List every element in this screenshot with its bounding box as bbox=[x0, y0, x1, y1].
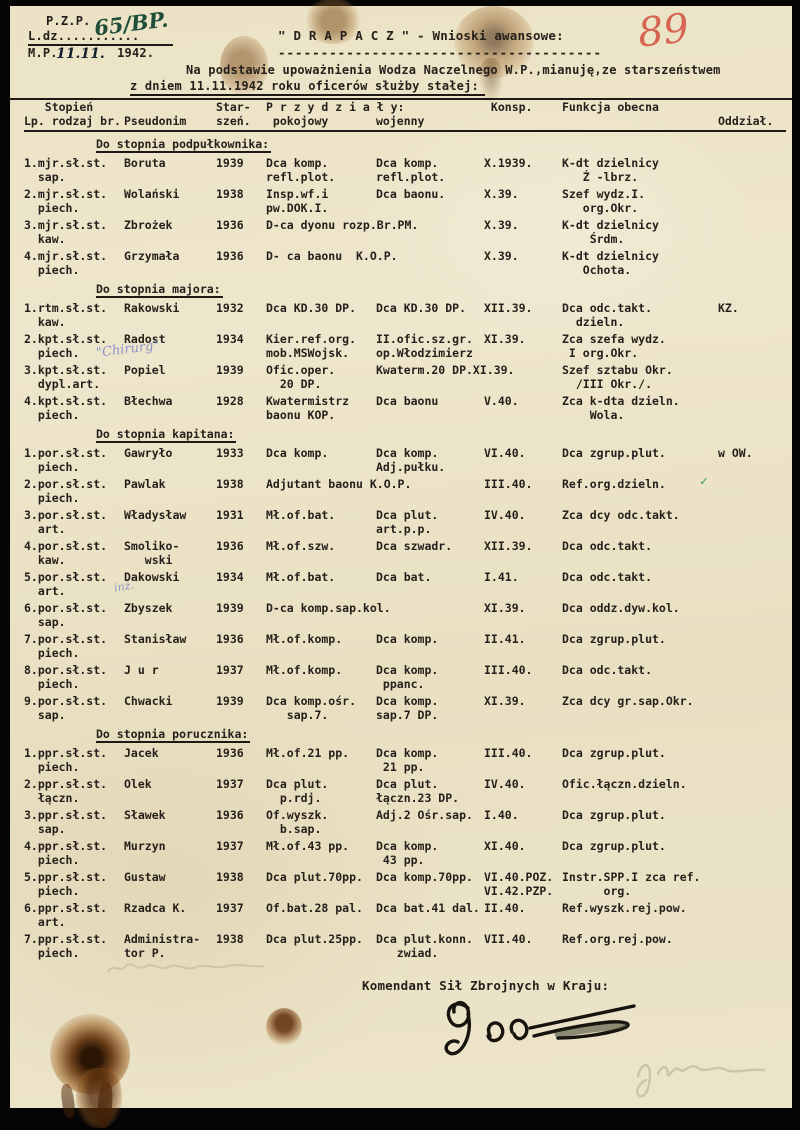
cell-assignment-peace: Mł.of.43 pp. bbox=[266, 839, 372, 867]
cell-assignment-peace: Mł.of.komp. bbox=[266, 632, 372, 660]
cell-rank: 4.por.sł.st. kaw. bbox=[24, 539, 120, 567]
cell-rank: 2.ppr.sł.st. łączn. bbox=[24, 777, 120, 805]
table-row: 2.ppr.sł.st. łączn. Olek 1937 Dca plut. … bbox=[24, 777, 786, 805]
cell-oddzial bbox=[718, 218, 786, 246]
cell-konsp-date: XII.39. bbox=[484, 301, 558, 329]
cell-rank: 2.mjr.sł.st. piech. bbox=[24, 187, 120, 215]
cell-seniority-year: 1932 bbox=[216, 301, 262, 329]
cell-seniority-year: 1937 bbox=[216, 901, 262, 929]
header-assignment-peace: P r z y d z i a ł y: pokojowy bbox=[266, 100, 372, 128]
cell-current-function: K-dt dzielnicy Ochota. bbox=[562, 249, 714, 277]
cell-assignment-war: Kwaterm.20 DP.XI.39. bbox=[376, 363, 480, 391]
cell-assignment-war: Dca komp. 21 pp. bbox=[376, 746, 480, 774]
table-section: Do stopnia podpułkownika: bbox=[24, 135, 786, 156]
cell-current-function: K-dt dzielnicy Ż -lbrz. bbox=[562, 156, 714, 184]
cell-seniority-year: 1936 bbox=[216, 632, 262, 660]
table-row: 1.ppr.sł.st. piech. Jacek 1936 Mł.of.21 … bbox=[24, 746, 786, 774]
table-row: 3.ppr.sł.st. sap. Sławek 1936 Of.wyszk. … bbox=[24, 808, 786, 836]
table-row: 5.por.sł.st. art. Dakowski 1934 Mł.of.ba… bbox=[24, 570, 786, 598]
cell-seniority-year: 1934 bbox=[216, 570, 262, 598]
cell-pseudonym: Zbyszek bbox=[124, 601, 212, 629]
cell-konsp-date: XI.39. bbox=[484, 601, 558, 629]
cell-seniority-year: 1937 bbox=[216, 777, 262, 805]
cell-seniority-year: 1934 bbox=[216, 332, 262, 360]
cell-pseudonym: Gustaw bbox=[124, 870, 212, 898]
cell-seniority-year: 1937 bbox=[216, 839, 262, 867]
cell-konsp-date: V.40. bbox=[484, 394, 558, 422]
cell-seniority-year: 1939 bbox=[216, 363, 262, 391]
section-heading: Do stopnia podpułkownika: bbox=[96, 137, 271, 153]
cell-assignment-war bbox=[376, 249, 480, 277]
cell-seniority-year: 1936 bbox=[216, 539, 262, 567]
cell-assignment-peace: Dca komp.ośr. sap.7. bbox=[266, 694, 372, 722]
table-row: 4.por.sł.st. kaw. Smoliko- wski 1936 Mł.… bbox=[24, 539, 786, 567]
cell-rank: 3.por.sł.st. art. bbox=[24, 508, 120, 536]
cell-pseudonym: Chwacki bbox=[124, 694, 212, 722]
cell-current-function: Dca zgrup.plut. bbox=[562, 839, 714, 867]
cell-assignment-war: Dca komp.70pp. bbox=[376, 870, 480, 898]
cell-pseudonym: Jacek bbox=[124, 746, 212, 774]
cell-oddzial bbox=[718, 187, 786, 215]
cell-seniority-year: 1928 bbox=[216, 394, 262, 422]
cell-oddzial bbox=[718, 477, 786, 505]
cell-oddzial bbox=[718, 394, 786, 422]
cell-pseudonym: Sławek bbox=[124, 808, 212, 836]
cell-rank: 3.mjr.sł.st. kaw. bbox=[24, 218, 120, 246]
table-header-row: Stopień Lp. rodzaj br. Pseudonim Star- s… bbox=[24, 100, 786, 132]
cell-pseudonym: Grzymała bbox=[124, 249, 212, 277]
cell-konsp-date: III.40. bbox=[484, 477, 558, 505]
cell-pseudonym: Rakowski bbox=[124, 301, 212, 329]
cell-oddzial bbox=[718, 746, 786, 774]
cell-current-function: Ref.org.dzieln. bbox=[562, 477, 714, 505]
cell-current-function: Dca zgrup.plut. bbox=[562, 632, 714, 660]
cell-assignment-peace: Of.wyszk. b.sap. bbox=[266, 808, 372, 836]
cell-konsp-date: II.40. bbox=[484, 901, 558, 929]
cell-konsp-date: IV.40. bbox=[484, 777, 558, 805]
cell-rank: 5.por.sł.st. art. bbox=[24, 570, 120, 598]
cell-current-function: Dca zgrup.plut. bbox=[562, 808, 714, 836]
cell-seniority-year: 1937 bbox=[216, 663, 262, 691]
cell-pseudonym: Gawryło bbox=[124, 446, 212, 474]
cell-current-function: Ref.org.rej.pow. bbox=[562, 932, 714, 960]
table-row: 7.por.sł.st. piech. Stanisław 1936 Mł.of… bbox=[24, 632, 786, 660]
cell-rank: 3.ppr.sł.st. sap. bbox=[24, 808, 120, 836]
table-row: 4.ppr.sł.st. piech. Murzyn 1937 Mł.of.43… bbox=[24, 839, 786, 867]
cell-konsp-date: II.41. bbox=[484, 632, 558, 660]
cell-oddzial bbox=[718, 870, 786, 898]
cell-oddzial bbox=[718, 332, 786, 360]
cell-rank: 2.por.sł.st. piech. bbox=[24, 477, 120, 505]
cell-rank: 6.por.sł.st. sap. bbox=[24, 601, 120, 629]
cell-assignment-peace: Of.bat.28 pal. bbox=[266, 901, 372, 929]
cell-pseudonym: Smoliko- wski bbox=[124, 539, 212, 567]
cell-seniority-year: 1939 bbox=[216, 694, 262, 722]
section-heading: Do stopnia porucznika: bbox=[96, 727, 250, 743]
cell-seniority-year: 1936 bbox=[216, 746, 262, 774]
cell-oddzial bbox=[718, 808, 786, 836]
table-row: 4.mjr.sł.st. piech. Grzymała 1936 D- ca … bbox=[24, 249, 786, 277]
cell-assignment-peace: D- ca baonu K.O.P. bbox=[266, 249, 372, 277]
cell-assignment-peace: D-ca dyonu rozp.Br.PM. bbox=[266, 218, 372, 246]
cell-oddzial bbox=[718, 632, 786, 660]
cell-seniority-year: 1936 bbox=[216, 249, 262, 277]
table-row: 4.kpt.sł.st. piech. Błechwa 1928 Kwaterm… bbox=[24, 394, 786, 422]
cell-assignment-war: Dca baonu. bbox=[376, 187, 480, 215]
scanned-document-page: P.Z.P. L.dz........... M.P. 1942. 65/BP.… bbox=[0, 0, 800, 1130]
cell-current-function: Dca odc.takt. dzieln. bbox=[562, 301, 714, 329]
cell-konsp-date: VI.40. bbox=[484, 446, 558, 474]
cell-current-function: Zca dcy gr.sap.Okr. bbox=[562, 694, 714, 722]
cell-rank: 1.ppr.sł.st. piech. bbox=[24, 746, 120, 774]
cell-assignment-war: Dca plut. art.p.p. bbox=[376, 508, 480, 536]
cell-pseudonym: Dakowski bbox=[124, 570, 212, 598]
cell-assignment-war: Dca baonu bbox=[376, 394, 480, 422]
table-row: 8.por.sł.st. piech. J u r 1937 Mł.of.kom… bbox=[24, 663, 786, 691]
cell-rank: 1.mjr.sł.st. sap. bbox=[24, 156, 120, 184]
cell-current-function: Zca dcy odc.takt. bbox=[562, 508, 714, 536]
cell-pseudonym: Błechwa bbox=[124, 394, 212, 422]
cell-pseudonym: Wolański bbox=[124, 187, 212, 215]
cell-oddzial bbox=[718, 363, 786, 391]
cell-rank: 6.ppr.sł.st. art. bbox=[24, 901, 120, 929]
cell-assignment-war: Dca komp. sap.7 DP. bbox=[376, 694, 480, 722]
cell-pseudonym: J u r bbox=[124, 663, 212, 691]
table-row: 5.ppr.sł.st. piech. Gustaw 1938 Dca plut… bbox=[24, 870, 786, 898]
stain-near-signature bbox=[266, 1008, 302, 1046]
cell-assignment-war: Dca bat.41 dal. bbox=[376, 901, 480, 929]
cell-oddzial bbox=[718, 663, 786, 691]
cell-assignment-war: Dca komp. bbox=[376, 632, 480, 660]
table-row: 2.por.sł.st. piech. Pawlak 1938 Adjutant… bbox=[24, 477, 786, 505]
cell-current-function: Dca oddz.dyw.kol. bbox=[562, 601, 714, 629]
header-assignment-war: wojenny bbox=[376, 100, 480, 128]
cell-oddzial bbox=[718, 901, 786, 929]
intro-line1: Na podstawie upoważnienia Wodza Naczelne… bbox=[186, 62, 792, 78]
table-body: Do stopnia podpułkownika: 1.mjr.sł.st. s… bbox=[24, 135, 786, 960]
promotions-table: Stopień Lp. rodzaj br. Pseudonim Star- s… bbox=[24, 100, 786, 963]
cell-oddzial bbox=[718, 932, 786, 960]
cell-assignment-peace: Dca plut. p.rdj. bbox=[266, 777, 372, 805]
cell-rank: 1.por.sł.st. piech. bbox=[24, 446, 120, 474]
cell-oddzial bbox=[718, 694, 786, 722]
cell-pseudonym: Pawlak bbox=[124, 477, 212, 505]
table-section: Do stopnia porucznika: bbox=[24, 725, 786, 746]
cell-seniority-year: 1939 bbox=[216, 156, 262, 184]
stain-bottom-left-drip2 bbox=[60, 1083, 77, 1118]
cell-seniority-year: 1938 bbox=[216, 477, 262, 505]
cell-seniority-year: 1936 bbox=[216, 218, 262, 246]
cell-current-function: Szef wydz.I. org.Okr. bbox=[562, 187, 714, 215]
section-heading: Do stopnia majora: bbox=[96, 282, 223, 298]
cell-assignment-war: Dca plut.konn. zwiad. bbox=[376, 932, 480, 960]
cell-konsp-date: X.1939. bbox=[484, 156, 558, 184]
cell-oddzial bbox=[718, 508, 786, 536]
cell-assignment-peace: Adjutant baonu K.O.P. bbox=[266, 477, 372, 505]
signature-grot bbox=[438, 994, 658, 1078]
table-row: 1.por.sł.st. piech. Gawryło 1933 Dca kom… bbox=[24, 446, 786, 474]
cell-seniority-year: 1931 bbox=[216, 508, 262, 536]
cell-assignment-peace: Dca komp. bbox=[266, 446, 372, 474]
footer-commander-line: Komendant Sił Zbrojnych w Kraju: bbox=[362, 978, 609, 993]
table-row: 2.mjr.sł.st. piech. Wolański 1938 Insp.w… bbox=[24, 187, 786, 215]
cell-rank: 4.kpt.sł.st. piech. bbox=[24, 394, 120, 422]
cell-seniority-year: 1933 bbox=[216, 446, 262, 474]
cell-assignment-peace: Mł.of.szw. bbox=[266, 539, 372, 567]
cell-assignment-war: Dca szwadr. bbox=[376, 539, 480, 567]
cell-current-function: Dca odc.takt. bbox=[562, 663, 714, 691]
cell-assignment-peace: Mł.of.komp. bbox=[266, 663, 372, 691]
cell-assignment-war: Dca komp. Adj.pułku. bbox=[376, 446, 480, 474]
cell-assignment-peace: Kier.ref.org. mob.MSWojsk. bbox=[266, 332, 372, 360]
faint-pencil-note-mid bbox=[102, 954, 292, 984]
cell-assignment-peace: Mł.of.bat. bbox=[266, 508, 372, 536]
cell-current-function: Ref.wyszk.rej.pow. bbox=[562, 901, 714, 929]
cell-current-function: Zca szefa wydz. I org.Okr. bbox=[562, 332, 714, 360]
cell-assignment-war: Dca plut. łączn.23 DP. bbox=[376, 777, 480, 805]
cell-assignment-peace: Ofic.oper. 20 DP. bbox=[266, 363, 372, 391]
cell-assignment-peace: Dca plut.70pp. bbox=[266, 870, 372, 898]
cell-rank: 8.por.sł.st. piech. bbox=[24, 663, 120, 691]
document-title-block: " D R A P A C Z " - Wnioski awansowe: --… bbox=[278, 28, 602, 60]
reference-stamp: P.Z.P. L.dz........... M.P. 1942. 65/BP.… bbox=[28, 14, 173, 61]
green-checkmark: ✓ bbox=[700, 474, 708, 489]
cell-konsp-date: XI.40. bbox=[484, 839, 558, 867]
cell-konsp-date: VII.40. bbox=[484, 932, 558, 960]
cell-konsp-date: III.40. bbox=[484, 663, 558, 691]
table-row: 6.por.sł.st. sap. Zbyszek 1939 D-ca komp… bbox=[24, 601, 786, 629]
table-row: 1.mjr.sł.st. sap. Boruta 1939 Dca komp. … bbox=[24, 156, 786, 184]
cell-seniority-year: 1938 bbox=[216, 187, 262, 215]
cell-oddzial bbox=[718, 777, 786, 805]
table-section: Do stopnia kapitana: bbox=[24, 425, 786, 446]
stain-bottom-left-blob bbox=[76, 1068, 122, 1128]
cell-pseudonym: Władysław bbox=[124, 508, 212, 536]
document-title: " D R A P A C Z " - Wnioski awansowe: bbox=[278, 28, 602, 43]
cell-rank: 9.por.sł.st. sap. bbox=[24, 694, 120, 722]
cell-current-function: Dca odc.takt. bbox=[562, 570, 714, 598]
cell-oddzial bbox=[718, 839, 786, 867]
cell-assignment-war: II.ofic.sz.gr. op.Włodzimierz bbox=[376, 332, 480, 360]
cell-assignment-war bbox=[376, 601, 480, 629]
cell-pseudonym: Stanisław bbox=[124, 632, 212, 660]
cell-assignment-peace: Mł.of.bat. bbox=[266, 570, 372, 598]
cell-rank: 3.kpt.sł.st. dypl.art. bbox=[24, 363, 120, 391]
header-rank: Stopień Lp. rodzaj br. bbox=[24, 100, 120, 128]
cell-rank: 5.ppr.sł.st. piech. bbox=[24, 870, 120, 898]
cell-oddzial bbox=[718, 601, 786, 629]
cell-oddzial: w OW. bbox=[718, 446, 786, 474]
cell-pseudonym: Olek bbox=[124, 777, 212, 805]
cell-konsp-date: XI.39. bbox=[484, 332, 558, 360]
cell-pseudonym: Zbrożek bbox=[124, 218, 212, 246]
table-row: 9.por.sł.st. sap. Chwacki 1939 Dca komp.… bbox=[24, 694, 786, 722]
cell-rank: 1.rtm.sł.st. kaw. bbox=[24, 301, 120, 329]
cell-konsp-date: XI.39. bbox=[484, 694, 558, 722]
section-heading: Do stopnia kapitana: bbox=[96, 427, 236, 443]
cell-konsp-date: I.40. bbox=[484, 808, 558, 836]
header-pseudonym: Pseudonim bbox=[124, 100, 212, 128]
stain-bottom-left-drip bbox=[96, 1082, 113, 1129]
table-row: 1.rtm.sł.st. kaw. Rakowski 1932 Dca KD.3… bbox=[24, 301, 786, 329]
cell-seniority-year: 1939 bbox=[216, 601, 262, 629]
cell-current-function: K-dt dzielnicy Śrdm. bbox=[562, 218, 714, 246]
cell-current-function: Dca zgrup.plut. bbox=[562, 746, 714, 774]
cell-konsp-date: I.41. bbox=[484, 570, 558, 598]
handwritten-ldz-number: 65/BP. bbox=[93, 12, 169, 36]
cell-assignment-war: Adj.2 Ośr.sap. bbox=[376, 808, 480, 836]
faint-pencil-signature-bottom-right bbox=[628, 1046, 778, 1110]
table-section: Do stopnia majora: bbox=[24, 280, 786, 301]
cell-current-function: Instr.SPP.I zca ref. org. bbox=[562, 870, 714, 898]
cell-current-function: Dca odc.takt. bbox=[562, 539, 714, 567]
cell-pseudonym: Rzadca K. bbox=[124, 901, 212, 929]
cell-rank: 4.mjr.sł.st. piech. bbox=[24, 249, 120, 277]
cell-current-function: Zca k-dta dzieln. Wola. bbox=[562, 394, 714, 422]
cell-konsp-date: X.39. bbox=[484, 218, 558, 246]
intro-line2: z dniem 11.11.1942 roku oficerów służby … bbox=[130, 78, 485, 96]
cell-konsp-date bbox=[484, 363, 558, 391]
cell-seniority-year: 1936 bbox=[216, 808, 262, 836]
cell-assignment-war: Dca komp. 43 pp. bbox=[376, 839, 480, 867]
cell-current-function: Ofic.łączn.dzieln. bbox=[562, 777, 714, 805]
cell-oddzial: KZ. bbox=[718, 301, 786, 329]
cell-assignment-peace: Mł.of.21 pp. bbox=[266, 746, 372, 774]
cell-pseudonym: Murzyn bbox=[124, 839, 212, 867]
cell-assignment-war bbox=[376, 477, 480, 505]
table-row: 3.mjr.sł.st. kaw. Zbrożek 1936 D-ca dyon… bbox=[24, 218, 786, 246]
cell-konsp-date: XII.39. bbox=[484, 539, 558, 567]
cell-assignment-peace: Kwatermistrz baonu KOP. bbox=[266, 394, 372, 422]
cell-seniority-year: 1938 bbox=[216, 870, 262, 898]
header-seniority: Star- szeń. bbox=[216, 100, 262, 128]
cell-rank: 7.por.sł.st. piech. bbox=[24, 632, 120, 660]
cell-assignment-war: Dca bat. bbox=[376, 570, 480, 598]
table-row: 3.por.sł.st. art. Władysław 1931 Mł.of.b… bbox=[24, 508, 786, 536]
cell-oddzial bbox=[718, 156, 786, 184]
cell-assignment-war: Dca KD.30 DP. bbox=[376, 301, 480, 329]
header-konsp: Konsp. bbox=[484, 100, 558, 128]
cell-oddzial bbox=[718, 539, 786, 567]
cell-current-function: Szef sztabu Okr. /III Okr./. bbox=[562, 363, 714, 391]
paper-sheet: P.Z.P. L.dz........... M.P. 1942. 65/BP.… bbox=[10, 6, 792, 1108]
cell-pseudonym: Popiel bbox=[124, 363, 212, 391]
intro-paragraph: Na podstawie upoważnienia Wodza Naczelne… bbox=[10, 62, 792, 96]
cell-assignment-peace: D-ca komp.sap.kol. bbox=[266, 601, 372, 629]
cell-assignment-war bbox=[376, 218, 480, 246]
header-current-function: Funkcja obecna bbox=[562, 100, 714, 128]
handwritten-date: 11.11. bbox=[56, 47, 105, 62]
cell-assignment-war: Dca komp. ppanc. bbox=[376, 663, 480, 691]
cell-konsp-date: X.39. bbox=[484, 187, 558, 215]
cell-current-function: Dca zgrup.plut. bbox=[562, 446, 714, 474]
cell-assignment-peace: Dca komp. refl.plot. bbox=[266, 156, 372, 184]
cell-assignment-war: Dca komp. refl.plot. bbox=[376, 156, 480, 184]
table-row: 3.kpt.sł.st. dypl.art. Popiel 1939 Ofic.… bbox=[24, 363, 786, 391]
cell-assignment-peace: Dca KD.30 DP. bbox=[266, 301, 372, 329]
cell-pseudonym: Boruta bbox=[124, 156, 212, 184]
cell-oddzial bbox=[718, 249, 786, 277]
cell-rank: 4.ppr.sł.st. piech. bbox=[24, 839, 120, 867]
cell-konsp-date: X.39. bbox=[484, 249, 558, 277]
header-oddzial: Oddział. bbox=[718, 100, 786, 128]
cell-konsp-date: IV.40. bbox=[484, 508, 558, 536]
table-row: 6.ppr.sł.st. art. Rzadca K. 1937 Of.bat.… bbox=[24, 901, 786, 929]
red-pencil-page-number: 89 bbox=[636, 5, 691, 56]
cell-konsp-date: III.40. bbox=[484, 746, 558, 774]
cell-assignment-peace: Insp.wf.i pw.DOK.I. bbox=[266, 187, 372, 215]
stain-bottom-left-large bbox=[50, 1014, 130, 1094]
title-underline-dashes: -------------------------------------- bbox=[278, 45, 602, 60]
cell-konsp-date: VI.40.POZ. VI.42.PZP. bbox=[484, 870, 558, 898]
cell-oddzial bbox=[718, 570, 786, 598]
